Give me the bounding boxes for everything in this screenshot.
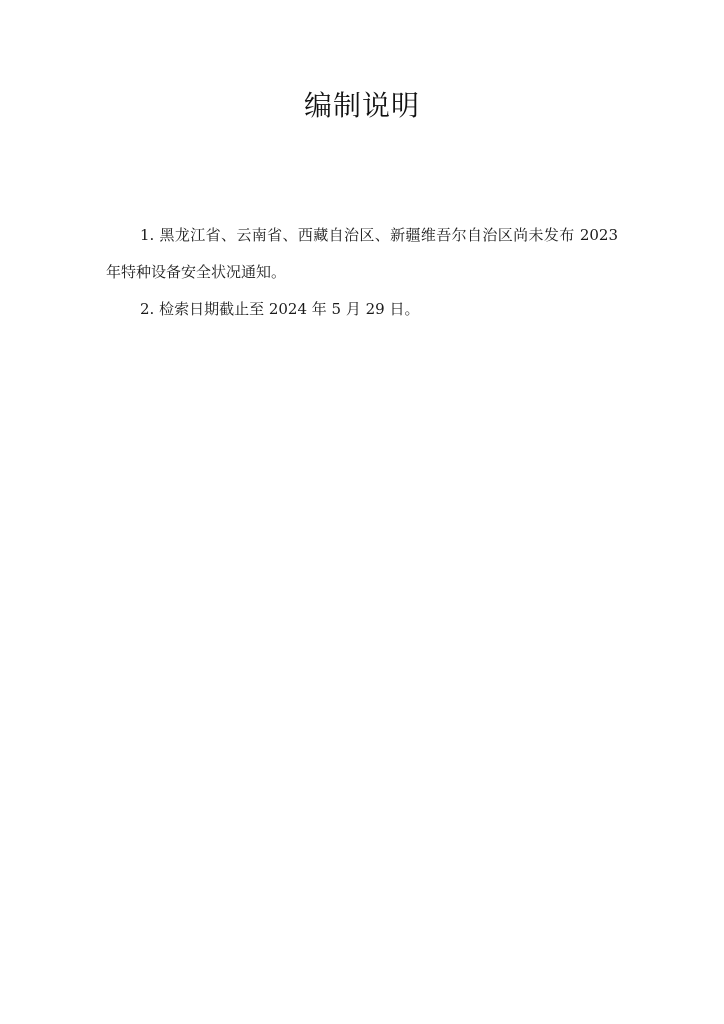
note-paragraph-2: 2. 检索日期截止至 2024 年 5 月 29 日。 (106, 291, 618, 328)
page-title: 编制说明 (0, 86, 724, 126)
document-page: 编制说明 1. 黑龙江省、云南省、西藏自治区、新疆维吾尔自治区尚未发布 2023… (0, 0, 724, 1024)
note-paragraph-1: 1. 黑龙江省、云南省、西藏自治区、新疆维吾尔自治区尚未发布 2023 年特种设… (106, 217, 618, 291)
